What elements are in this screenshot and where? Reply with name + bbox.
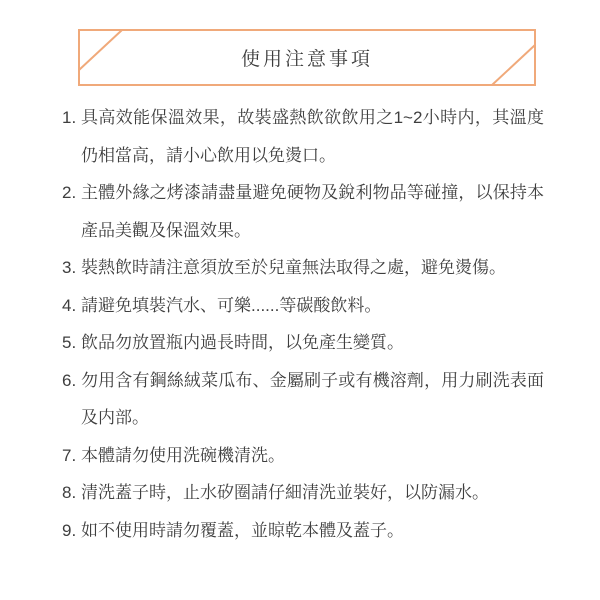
item-number: 7. bbox=[62, 437, 81, 475]
item-text: 飲品勿放置瓶内過長時間，以免產生變質。 bbox=[81, 324, 544, 362]
instruction-page: 使用注意事項 1. 具高效能保溫效果，故裝盛熱飲欲飲用之1~2小時内，其溫度仍相… bbox=[0, 0, 600, 600]
item-number: 8. bbox=[62, 474, 81, 512]
item-text: 本體請勿使用洗碗機清洗。 bbox=[81, 437, 544, 475]
item-number: 4. bbox=[62, 287, 81, 325]
item-number: 6. bbox=[62, 362, 81, 400]
item-text: 勿用含有鋼絲絨菜瓜布、金屬刷子或有機溶劑，用力刷洗表面及内部。 bbox=[81, 362, 544, 437]
item-text: 清洗蓋子時，止水矽圈請仔細清洗並裝好，以防漏水。 bbox=[81, 474, 544, 512]
list-item: 4. 請避免填裝汽水、可樂......等碳酸飲料。 bbox=[62, 287, 544, 325]
item-number: 5. bbox=[62, 324, 81, 362]
item-text: 如不使用時請勿覆蓋，並晾乾本體及蓋子。 bbox=[81, 512, 544, 550]
item-text: 主體外緣之烤漆請盡量避免硬物及銳利物品等碰撞，以保持本產品美觀及保溫效果。 bbox=[81, 174, 544, 249]
item-number: 3. bbox=[62, 249, 81, 287]
list-item: 1. 具高效能保溫效果，故裝盛熱飲欲飲用之1~2小時内，其溫度仍相當高，請小心飲… bbox=[62, 99, 544, 174]
item-number: 1. bbox=[62, 99, 81, 137]
list-item: 9. 如不使用時請勿覆蓋，並晾乾本體及蓋子。 bbox=[62, 512, 544, 550]
list-item: 3. 裝熱飲時請注意須放至於兒童無法取得之處，避免燙傷。 bbox=[62, 249, 544, 287]
list-item: 5. 飲品勿放置瓶内過長時間，以免產生變質。 bbox=[62, 324, 544, 362]
page-title: 使用注意事項 bbox=[78, 29, 536, 86]
list-item: 2. 主體外緣之烤漆請盡量避免硬物及銳利物品等碰撞，以保持本產品美觀及保溫效果。 bbox=[62, 174, 544, 249]
item-text: 具高效能保溫效果，故裝盛熱飲欲飲用之1~2小時内，其溫度仍相當高，請小心飲用以免… bbox=[81, 99, 544, 174]
item-text: 裝熱飲時請注意須放至於兒童無法取得之處，避免燙傷。 bbox=[81, 249, 544, 287]
list-item: 7. 本體請勿使用洗碗機清洗。 bbox=[62, 437, 544, 475]
list-item: 6. 勿用含有鋼絲絨菜瓜布、金屬刷子或有機溶劑，用力刷洗表面及内部。 bbox=[62, 362, 544, 437]
header-box: 使用注意事項 bbox=[78, 29, 536, 86]
item-number: 9. bbox=[62, 512, 81, 550]
list-item: 8. 清洗蓋子時，止水矽圈請仔細清洗並裝好，以防漏水。 bbox=[62, 474, 544, 512]
notes-list: 1. 具高效能保溫效果，故裝盛熱飲欲飲用之1~2小時内，其溫度仍相當高，請小心飲… bbox=[62, 99, 544, 549]
item-text: 請避免填裝汽水、可樂......等碳酸飲料。 bbox=[81, 287, 544, 325]
item-number: 2. bbox=[62, 174, 81, 212]
